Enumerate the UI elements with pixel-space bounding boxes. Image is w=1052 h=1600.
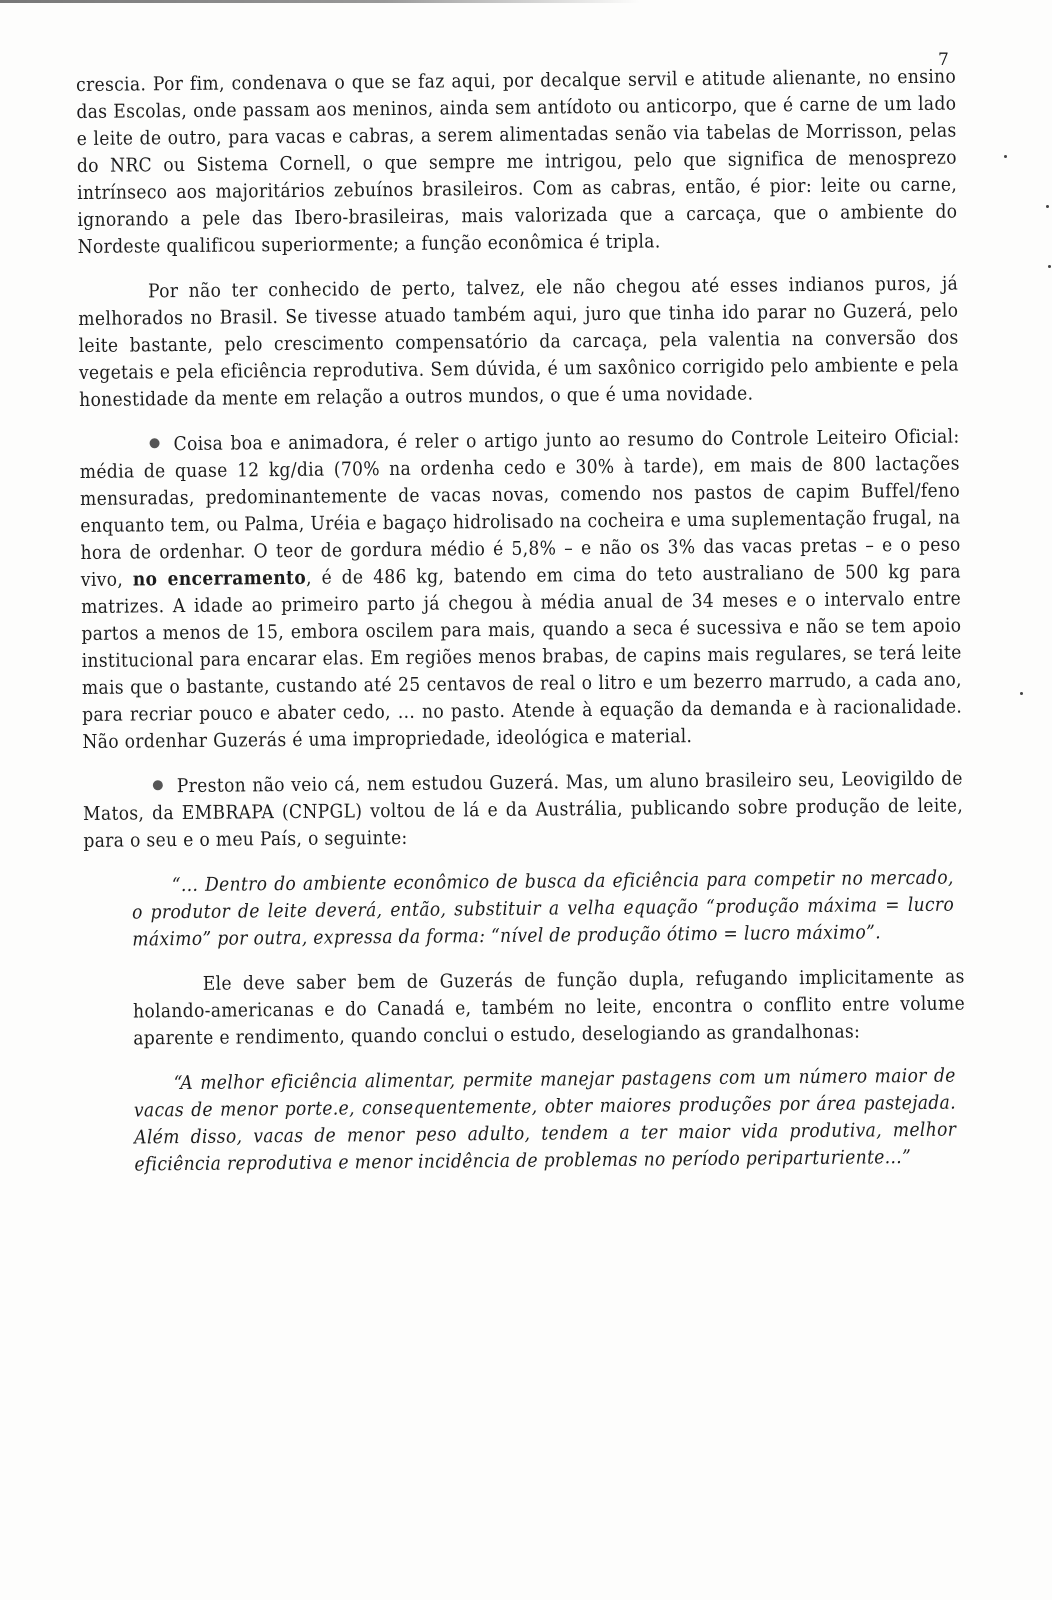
bold-emphasis: no encerramento bbox=[133, 567, 307, 591]
scan-speck bbox=[1046, 205, 1049, 208]
bullet-icon bbox=[150, 438, 160, 448]
paragraph-preston-text: Preston não veio cá, nem estudou Guzerá.… bbox=[83, 768, 963, 852]
scan-speck bbox=[1020, 692, 1023, 695]
document-body: crescia. Por fim, condenava o que se faz… bbox=[76, 64, 967, 1179]
paragraph-controle-leiteiro: Coisa boa e animadora, é reler o artigo … bbox=[79, 424, 962, 756]
scan-speck bbox=[1048, 265, 1051, 268]
scan-edge-shadow bbox=[0, 0, 640, 3]
paragraph-preston: Preston não veio cá, nem estudou Guzerá.… bbox=[83, 766, 964, 855]
quote-leovigildo: “... Dentro do ambiente econômico de bus… bbox=[132, 865, 955, 954]
bullet-icon bbox=[153, 780, 163, 790]
quote-eficiencia: “A melhor eficiência alimentar, permite … bbox=[134, 1063, 957, 1179]
paragraph-guzeras: Ele deve saber bem de Guzerás de função … bbox=[133, 964, 966, 1053]
paragraph-indianos: Por não ter conhecido de perto, talvez, … bbox=[78, 271, 959, 414]
scan-speck bbox=[1004, 155, 1007, 158]
paragraph-continuation: crescia. Por fim, condenava o que se faz… bbox=[76, 64, 958, 261]
